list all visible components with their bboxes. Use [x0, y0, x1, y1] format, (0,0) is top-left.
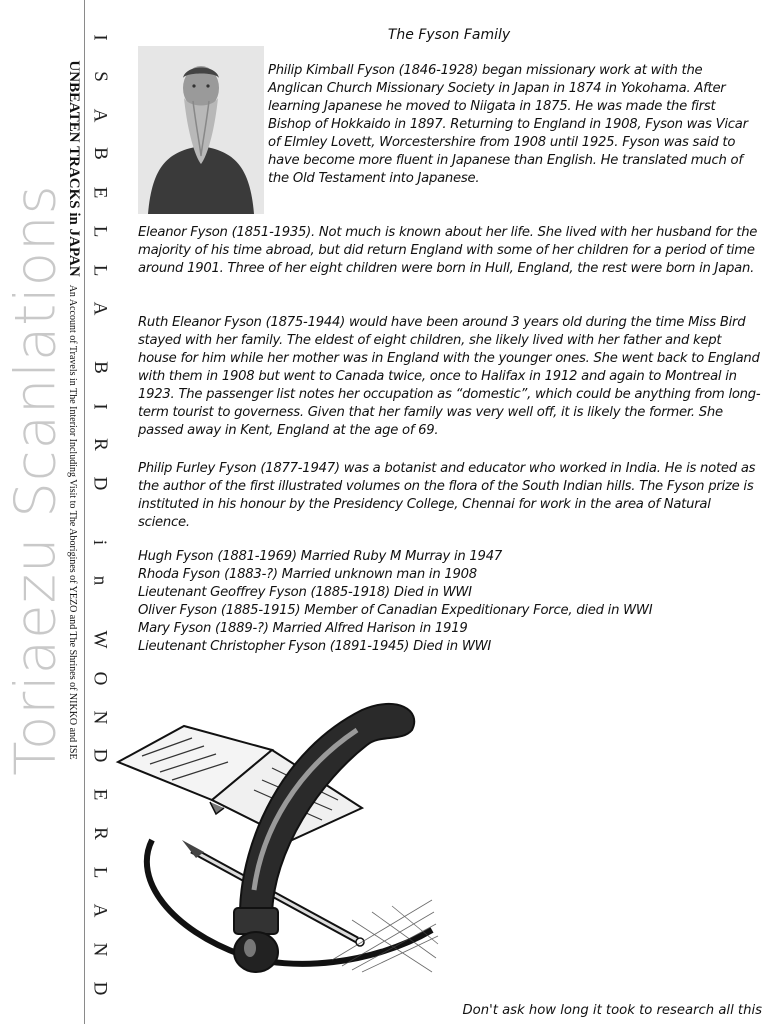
author-letter: A: [90, 108, 109, 122]
book-pipe-illustration: [112, 690, 452, 990]
author-letter: B: [91, 361, 110, 374]
book-subtitle: An Account of Travels in The Interior In…: [67, 285, 78, 760]
author-vertical-title: I S A B E L L A B I R D i n W O N D E R …: [88, 28, 112, 998]
author-letter: W: [91, 631, 110, 649]
paragraph-philip-furley-fyson: Philip Furley Fyson (1877-1947) was a bo…: [138, 460, 762, 532]
portrait-figure-icon: [138, 46, 264, 214]
book-title: UNBEATEN TRACKS in JAPAN An Account of T…: [65, 60, 83, 759]
scanlation-watermark: Toriaezu Scanlations: [4, 184, 69, 775]
list-item: Oliver Fyson (1885-1915) Member of Canad…: [138, 602, 762, 620]
list-item: Mary Fyson (1889-?) Married Alfred Haris…: [138, 620, 762, 638]
author-letter: L: [90, 866, 109, 878]
author-letter: E: [90, 187, 109, 199]
footer-note: Don't ask how long it took to research a…: [463, 1003, 763, 1018]
list-item: Lieutenant Christopher Fyson (1891-1945)…: [138, 638, 762, 656]
list-item: Lieutenant Geoffrey Fyson (1885-1918) Di…: [138, 584, 762, 602]
author-letter: I: [90, 34, 109, 40]
author-letter: N: [90, 710, 109, 724]
children-list: Hugh Fyson (1881-1969) Married Ruby M Mu…: [138, 548, 762, 656]
author-letter: B: [91, 147, 110, 160]
list-item: Hugh Fyson (1881-1969) Married Ruby M Mu…: [138, 548, 762, 566]
author-letter: E: [90, 789, 109, 801]
spine-divider: [84, 0, 85, 1024]
author-letter: D: [90, 982, 109, 996]
author-letter: O: [90, 671, 109, 685]
author-letter: R: [91, 439, 110, 452]
author-letter: L: [90, 264, 109, 276]
page-title: The Fyson Family: [140, 27, 758, 43]
author-letter: S: [90, 71, 109, 82]
book-title-main: UNBEATEN TRACKS in JAPAN: [66, 60, 82, 276]
author-letter: A: [90, 302, 109, 316]
author-letter: D: [90, 749, 109, 763]
author-letter: I: [90, 403, 109, 409]
paragraph-ruth-eleanor-fyson: Ruth Eleanor Fyson (1875-1944) would hav…: [138, 314, 762, 440]
author-letter: D: [90, 477, 109, 491]
author-letter: R: [91, 827, 110, 840]
author-letter: n: [91, 576, 110, 586]
list-item: Rhoda Fyson (1883-?) Married unknown man…: [138, 566, 762, 584]
author-letter: i: [91, 540, 110, 545]
author-letter: A: [90, 904, 109, 918]
portrait-photo: [138, 46, 264, 214]
author-letter: L: [90, 226, 109, 238]
paragraph-philip-kimball-fyson: Philip Kimball Fyson (1846-1928) began m…: [268, 62, 760, 188]
author-letter: N: [90, 943, 109, 957]
pipe-icon: [234, 704, 414, 972]
paragraph-eleanor-fyson: Eleanor Fyson (1851-1935). Not much is k…: [138, 224, 762, 278]
